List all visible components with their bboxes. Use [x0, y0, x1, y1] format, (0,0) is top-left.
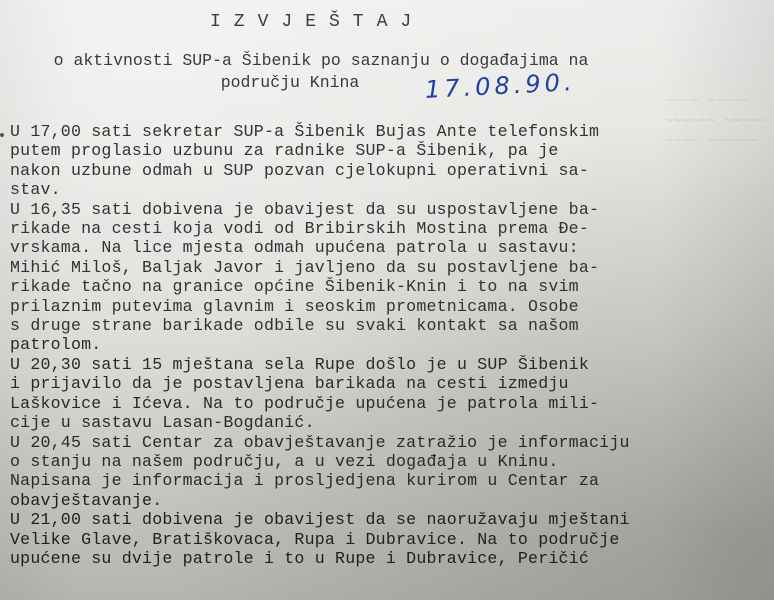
report-line: rikade tačno na granice općine Šibenik-K…	[10, 277, 774, 296]
report-line: s druge strane barikade odbile su svaki …	[10, 316, 774, 335]
report-line: U 16,35 sati dobivena je obavijest da su…	[10, 200, 774, 219]
report-line: U 21,00 sati dobivena je obavijest da se…	[10, 510, 774, 529]
report-line: stav.	[10, 180, 774, 199]
report-line: Laškovice i Ićeva. Na to područje upućen…	[10, 394, 774, 413]
report-line: U 20,30 sati 15 mještana sela Rupe došlo…	[10, 355, 774, 374]
report-line: Mihić Miloš, Baljak Javor i javljeno da …	[10, 258, 774, 277]
report-line: U 17,00 sati sekretar SUP-a Šibenik Buja…	[10, 122, 774, 141]
report-line: vrskama. Na lice mjesta odmah upućena pa…	[10, 238, 774, 257]
report-line: o stanju na našem području, a u vezi dog…	[10, 452, 774, 471]
margin-mark	[0, 133, 4, 137]
report-line: prilaznim putevima glavnim i seoskim pro…	[10, 297, 774, 316]
report-line: Velike Glave, Bratiškovaca, Rupa i Dubra…	[10, 530, 774, 549]
report-line: nakon uzbune odmah u SUP pozvan cjelokup…	[10, 161, 774, 180]
report-line: obavještavanje.	[10, 491, 774, 510]
report-line: i prijavilo da je postavljena barikada n…	[10, 374, 774, 393]
report-line: upućene su dvije patrole i to u Rupe i D…	[10, 549, 774, 568]
report-line: putem proglasio uzbunu za radnike SUP-a …	[10, 141, 774, 160]
report-body: U 17,00 sati sekretar SUP-a Šibenik Buja…	[10, 122, 774, 568]
report-line: cije u sastavu Lasan-Bogdanić.	[10, 413, 774, 432]
document-title: IZVJEŠTAJ	[210, 12, 424, 32]
report-line: rikade na cesti koja vodi od Bribirskih …	[10, 219, 774, 238]
report-line: U 20,45 sati Centar za obavještavanje za…	[10, 433, 774, 452]
report-line: patrolom.	[10, 335, 774, 354]
report-line: Napisana je informacija i prosljedjena k…	[10, 471, 774, 490]
